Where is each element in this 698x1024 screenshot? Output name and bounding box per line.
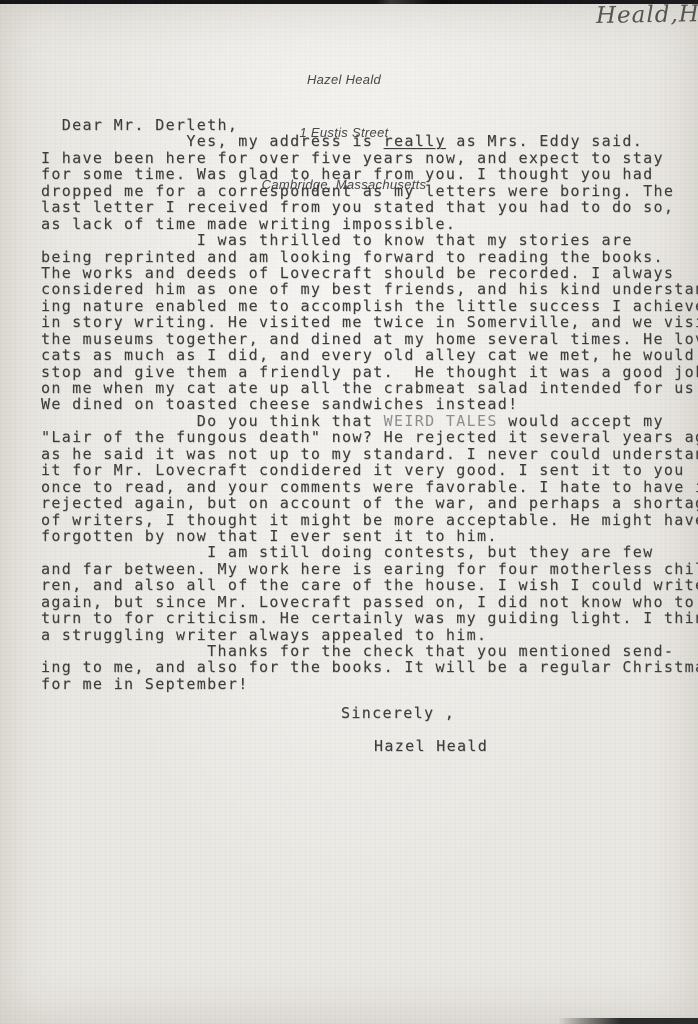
letter-line: in story writing. He visited me twice in… xyxy=(41,314,698,330)
letter-line: and far between. My work here is earing … xyxy=(41,561,698,577)
underlined-word: really xyxy=(384,132,446,150)
letter-line: as lack of time made writing impossible. xyxy=(41,216,698,232)
letter-line: Do you think that WEIRD TALES would acce… xyxy=(41,413,698,429)
letter-line: ren, and also all of the care of the hou… xyxy=(41,577,698,593)
letter-line: "Lair of the fungous death" now? He reje… xyxy=(41,429,698,445)
letter-line: dropped me for a correspondent as my let… xyxy=(41,183,698,199)
letter-line: for some time. Was glad to hear from you… xyxy=(41,166,698,182)
letter-line: We dined on toasted cheese sandwiches in… xyxy=(41,396,698,412)
letter-line: once to read, and your comments were fav… xyxy=(41,479,698,495)
signature-name: Hazel Heald xyxy=(374,738,488,755)
letter-line: on me when my cat ate up all the crabmea… xyxy=(41,380,698,396)
letter-line: forgotten by now that I ever sent it to … xyxy=(41,528,698,544)
letter-line: ing nature enabled me to accomplish the … xyxy=(41,298,698,314)
letter-text: as Mrs. Eddy said. xyxy=(446,132,643,150)
letter-line: cats as much as I did, and every old all… xyxy=(41,347,698,363)
letter-text: would accept my xyxy=(498,412,664,430)
letter-line: again, but since Mr. Lovecraft passed on… xyxy=(41,594,698,610)
letter-page: Heald,H, Hazel Heald 1 Eustis Street Cam… xyxy=(0,0,698,1024)
letter-line: for me in September! xyxy=(41,676,698,692)
letter-line: being reprinted and am looking forward t… xyxy=(41,249,698,265)
letter-line: the museums together, and dined at my ho… xyxy=(41,331,698,347)
letter-line: as he said it was not up to my standard.… xyxy=(41,446,698,462)
letter-line: stop and give them a friendly pat. He th… xyxy=(41,364,698,380)
letter-line: I am still doing contests, but they are … xyxy=(41,544,698,560)
letter-line: I was thrilled to know that my stories a… xyxy=(41,232,698,248)
letter-line: ing to me, and also for the books. It wi… xyxy=(41,659,698,675)
letter-line: I have been here for over five years now… xyxy=(41,150,698,166)
letter-text: Yes, my address is xyxy=(41,132,384,150)
letter-text: Do you think that xyxy=(41,412,384,430)
letter-line: considered him as one of my best friends… xyxy=(41,281,698,297)
letter-line: The works and deeds of Lovecraft should … xyxy=(41,265,698,281)
letter-line: of writers, I thought it might be more a… xyxy=(41,512,698,528)
letter-line: a struggling writer always appealed to h… xyxy=(41,627,698,643)
letter-line: turn to for criticism. He certainly was … xyxy=(41,610,698,626)
letter-line: Dear Mr. Derleth, xyxy=(41,117,698,133)
letter-line: rejected again, but on account of the wa… xyxy=(41,495,698,511)
letter-body: Dear Mr. Derleth, Yes, my address is rea… xyxy=(41,117,698,692)
letter-line: Thanks for the check that you mentioned … xyxy=(41,643,698,659)
scan-top-edge xyxy=(0,0,698,4)
scan-bottom-edge xyxy=(558,1018,698,1024)
letter-line: last letter I received from you stated t… xyxy=(41,199,698,215)
handwritten-annotation: Heald,H, xyxy=(596,1,698,29)
closing-sincerely: Sincerely , xyxy=(341,705,455,722)
letter-line: Yes, my address is really as Mrs. Eddy s… xyxy=(41,133,698,149)
letter-line: it for Mr. Lovecraft condidered it very … xyxy=(41,462,698,478)
faded-caps-text: WEIRD TALES xyxy=(384,412,498,430)
letterhead-name: Hazel Heald xyxy=(262,71,427,89)
